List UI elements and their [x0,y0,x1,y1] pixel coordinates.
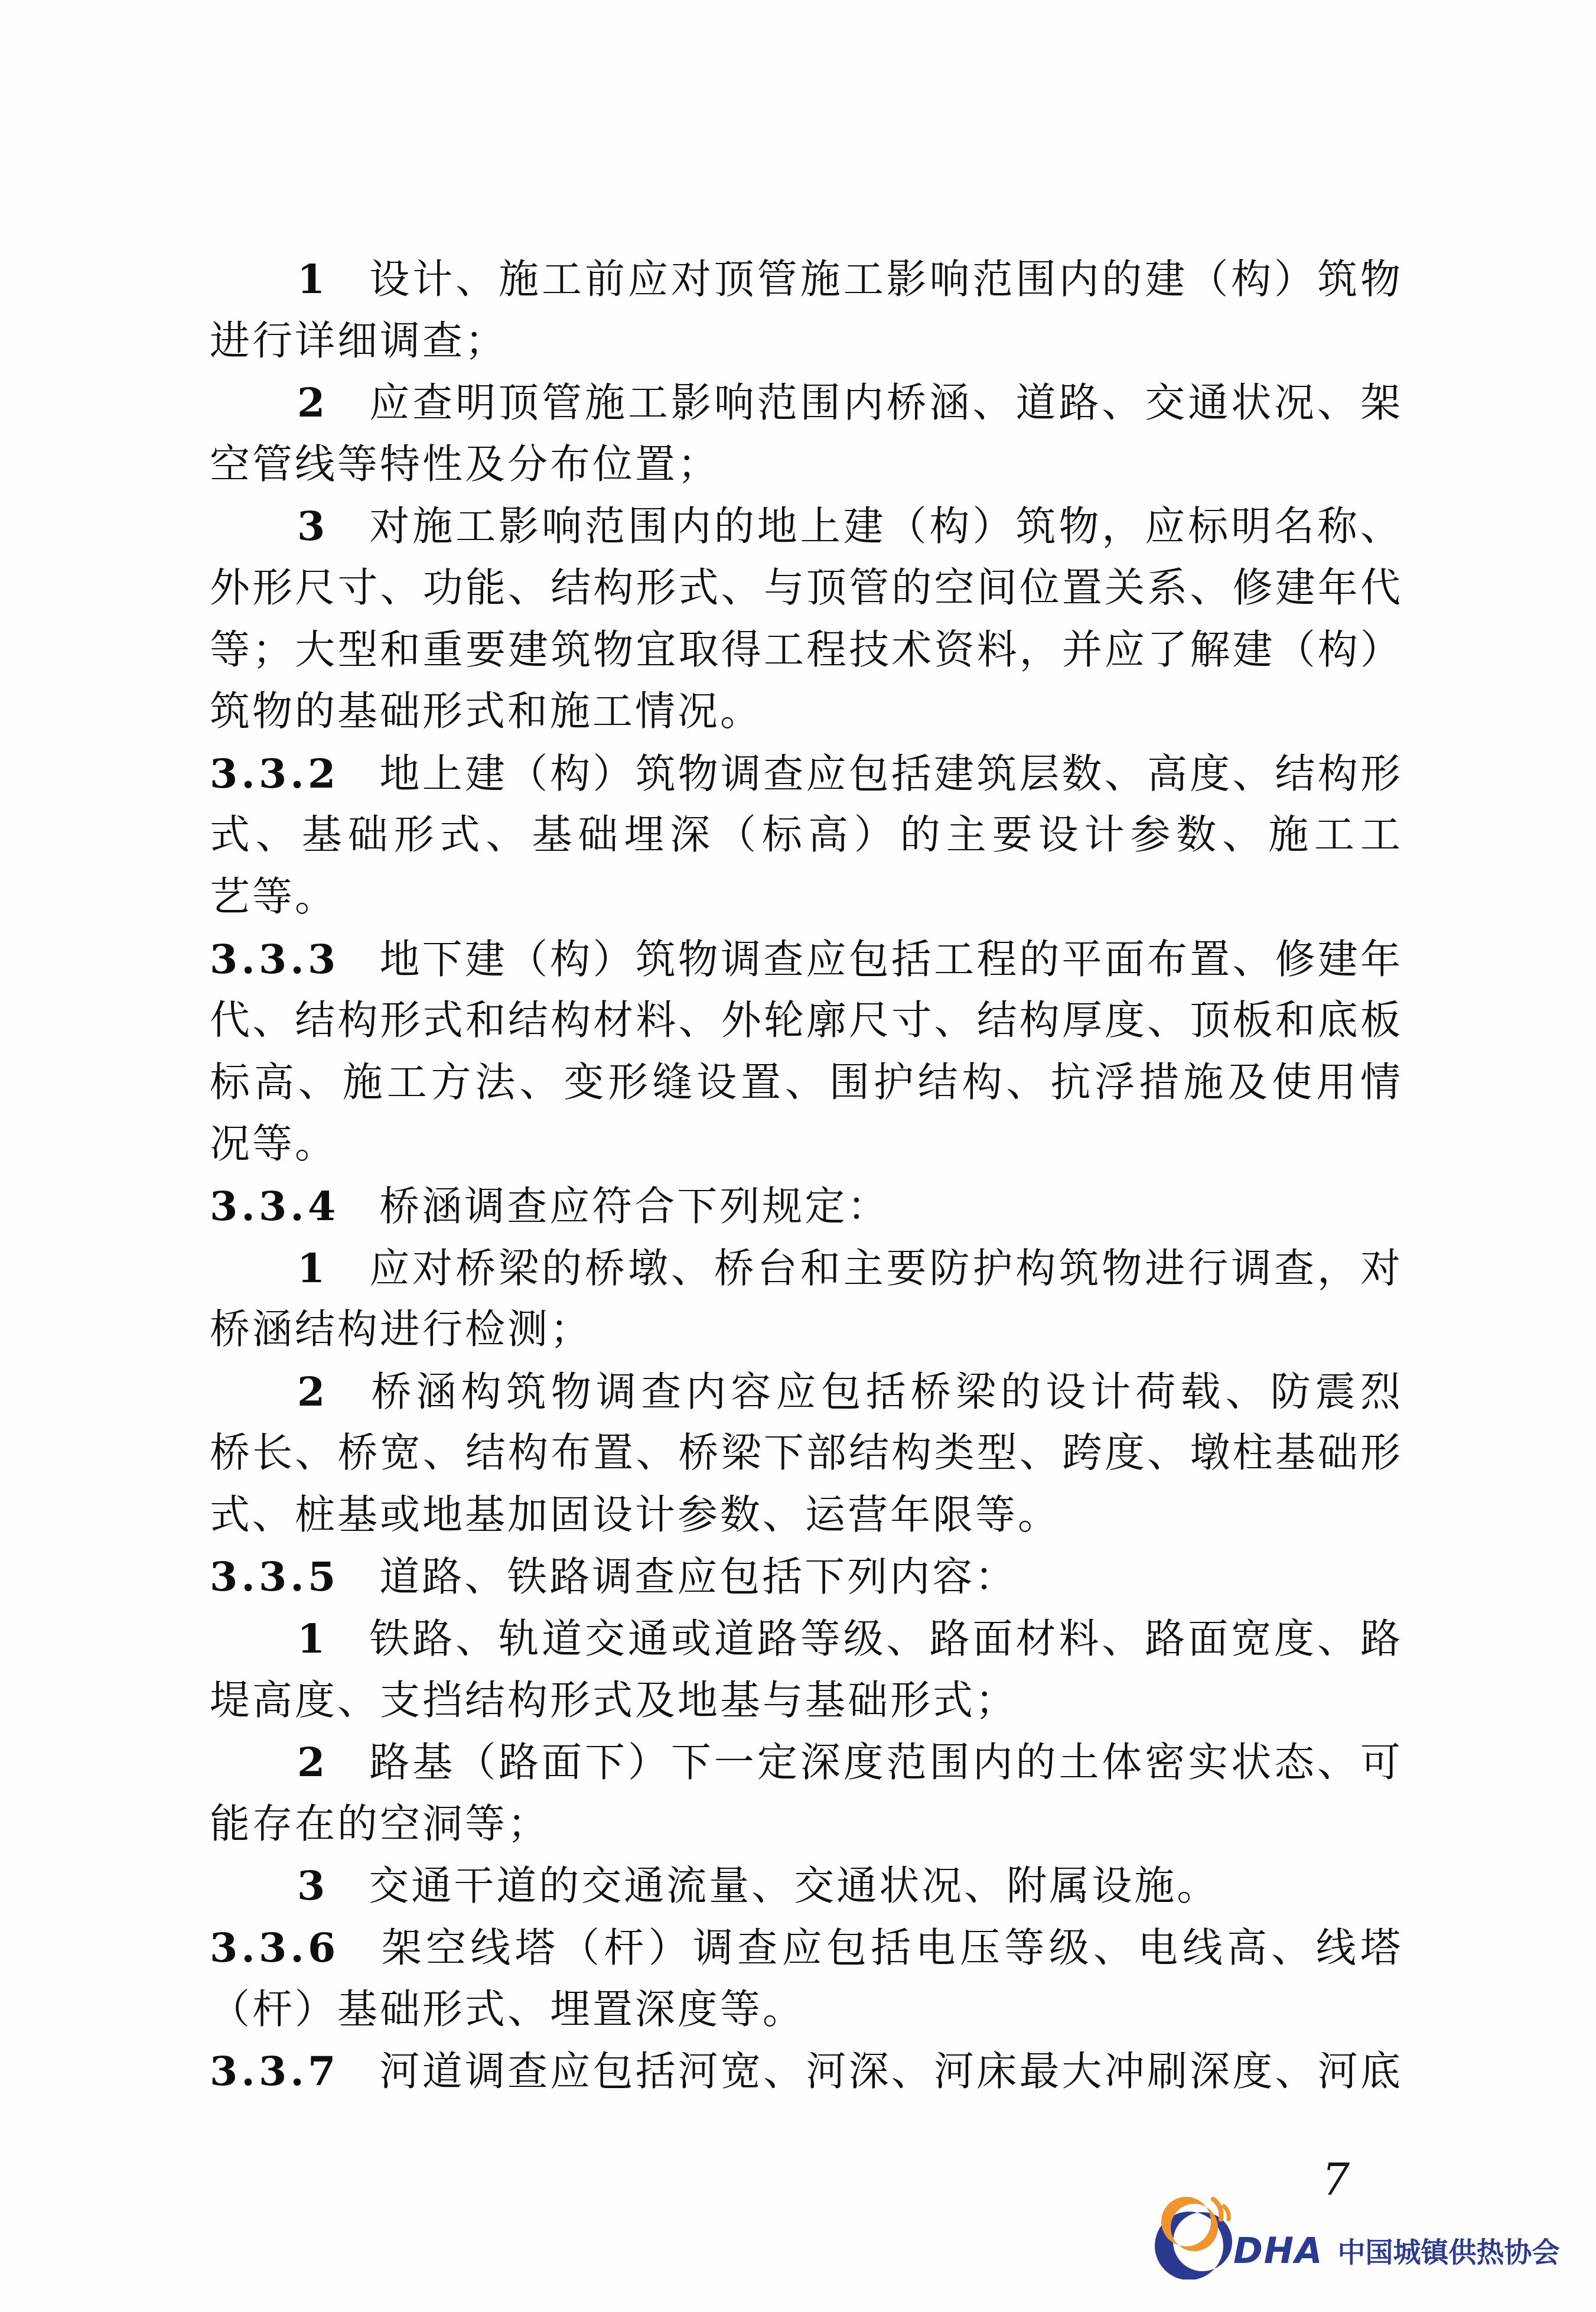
line-text: 标高、施工方法、变形缝设置、围护结构、抗浮措施及使用情 [210,1059,1403,1106]
text-line: 进行详细调查； [210,311,1403,373]
line-text: 桥涵构筑物调查内容应包括桥梁的设计荷载、防震烈度、 [297,1369,1403,1423]
line-text: 桥长、桥宽、结构布置、桥梁下部结构类型、跨度、墩柱基础形 [210,1430,1403,1477]
text-line: 3.3.6架空线塔（杆）调查应包括电压等级、电线高、线塔 [210,1917,1403,1979]
clause-number: 1 [297,256,328,303]
text-line: （杆）基础形式、埋置深度等。 [210,1979,1403,2041]
line-text: 外形尺寸、功能、结构形式、与顶管的空间位置关系、修建年代 [210,565,1403,612]
line-text: 等；大型和重要建筑物宜取得工程技术资料，并应了解建（构） [210,627,1403,674]
text-line: 桥长、桥宽、结构布置、桥梁下部结构类型、跨度、墩柱基础形 [210,1423,1403,1485]
clause-number: 1 [297,1245,328,1292]
text-line: 艺等。 [210,867,1403,929]
text-line: 3.3.5道路、铁路调查应包括下列内容： [210,1546,1403,1608]
clause-number: 3.3.7 [210,2048,339,2095]
text-line: 3.3.2地上建（构）筑物调查应包括建筑层数、高度、结构形 [210,743,1403,805]
clause-number: 3.3.2 [210,750,339,798]
clause-number: 3.3.4 [210,1183,339,1230]
text-line: 代、结构形式和结构材料、外轮廓尺寸、结构厚度、顶板和底板 [210,990,1403,1052]
text-line: 标高、施工方法、变形缝设置、围护结构、抗浮措施及使用情 [210,1052,1403,1114]
text-line: 2路基（路面下）下一定深度范围内的土体密实状态、可 [210,1732,1403,1794]
line-text: 河道调查应包括河宽、河深、河床最大冲刷深度、河底 [379,2048,1403,2095]
text-line: 等；大型和重要建筑物宜取得工程技术资料，并应了解建（构） [210,620,1403,682]
text-line: 3交通干道的交通流量、交通状况、附属设施。 [210,1855,1403,1917]
line-text: 代、结构形式和结构材料、外轮廓尺寸、结构厚度、顶板和底板 [210,997,1403,1044]
line-text: 能存在的空洞等； [210,1801,550,1848]
clause-number: 2 [297,1368,328,1416]
text-line: 空管线等特性及分布位置； [210,434,1403,496]
line-text: 堤高度、支挡结构形式及地基与基础形式； [210,1677,1018,1724]
line-text: 地下建（构）筑物调查应包括工程的平面布置、修建年 [379,936,1403,983]
line-text: 空管线等特性及分布位置； [210,441,720,488]
clause-number: 1 [297,1615,328,1663]
text-line: 外形尺寸、功能、结构形式、与顶管的空间位置关系、修建年代 [210,558,1403,620]
text-line: 式、桩基或地基加固设计参数、运营年限等。 [210,1485,1403,1547]
line-text: 况等。 [210,1121,337,1168]
document-page: 1设计、施工前应对顶管施工影响范围内的建（构）筑物进行详细调查；2应查明顶管施工… [0,0,1596,2312]
line-text: 应对桥梁的桥墩、桥台和主要防护构筑物进行调查，对 [369,1246,1403,1292]
body-text: 1设计、施工前应对顶管施工影响范围内的建（构）筑物进行详细调查；2应查明顶管施工… [210,249,1403,2103]
line-text: 交通干道的交通流量、交通状况、附属设施。 [369,1863,1219,1910]
line-text: 艺等。 [210,874,337,921]
text-line: 2桥涵构筑物调查内容应包括桥梁的设计荷载、防震烈度、 [210,1361,1403,1423]
line-text: 式、基础形式、基础埋深（标高）的主要设计参数、施工工 [210,812,1403,859]
clause-number: 3.3.3 [210,936,339,983]
line-text: 架空线塔（杆）调查应包括电压等级、电线高、线塔 [379,1925,1403,1972]
text-line: 筑物的基础形式和施工情况。 [210,681,1403,743]
text-line: 桥涵结构进行检测； [210,1299,1403,1361]
line-text: 路基（路面下）下一定深度范围内的土体密实状态、可 [369,1739,1403,1786]
line-text: 设计、施工前应对顶管施工影响范围内的建（构）筑物 [369,256,1403,303]
cdha-logo: DHA 中国城镇供热协会 [1151,2191,1559,2280]
text-line: 堤高度、支挡结构形式及地基与基础形式； [210,1670,1403,1732]
line-text: 地上建（构）筑物调查应包括建筑层数、高度、结构形 [379,751,1403,798]
text-line: 3.3.3地下建（构）筑物调查应包括工程的平面布置、修建年 [210,929,1403,991]
logo-org-name: 中国城镇供热协会 [1337,2238,1559,2268]
line-text: 铁路、轨道交通或道路等级、路面材料、路面宽度、路 [369,1616,1403,1663]
line-text: （杆）基础形式、埋置深度等。 [210,1986,805,2033]
clause-number: 3.3.6 [210,1924,339,1972]
clause-number: 2 [297,379,328,427]
clause-number: 3.3.5 [210,1553,339,1601]
cdha-logo-icon [1151,2191,1239,2280]
line-text: 式、桩基或地基加固设计参数、运营年限等。 [210,1492,1060,1539]
text-line: 况等。 [210,1114,1403,1176]
text-line: 1设计、施工前应对顶管施工影响范围内的建（构）筑物 [210,249,1403,311]
logo-abbr-text: DHA [1233,2233,1323,2269]
clause-number: 3 [297,503,328,550]
clause-number: 3 [297,1862,328,1910]
text-line: 3.3.4桥涵调查应符合下列规定： [210,1176,1403,1238]
text-line: 3.3.7河道调查应包括河宽、河深、河床最大冲刷深度、河底 [210,2041,1403,2103]
text-line: 3对施工影响范围内的地上建（构）筑物，应标明名称、 [210,496,1403,558]
line-text: 桥涵结构进行检测； [210,1306,592,1353]
text-line: 1应对桥梁的桥墩、桥台和主要防护构筑物进行调查，对 [210,1238,1403,1300]
line-text: 道路、铁路调查应包括下列内容： [379,1554,1017,1601]
line-text: 应查明顶管施工影响范围内桥涵、道路、交通状况、架 [369,380,1403,427]
line-text: 筑物的基础形式和施工情况。 [210,688,763,735]
line-text: 进行详细调查； [210,318,507,365]
text-line: 2应查明顶管施工影响范围内桥涵、道路、交通状况、架 [210,372,1403,434]
text-line: 式、基础形式、基础埋深（标高）的主要设计参数、施工工 [210,805,1403,867]
line-text: 桥涵调查应符合下列规定： [379,1183,890,1230]
clause-number: 2 [297,1739,328,1786]
text-line: 能存在的空洞等； [210,1794,1403,1856]
line-text: 对施工影响范围内的地上建（构）筑物，应标明名称、 [369,503,1403,550]
text-line: 1铁路、轨道交通或道路等级、路面材料、路面宽度、路 [210,1608,1403,1670]
